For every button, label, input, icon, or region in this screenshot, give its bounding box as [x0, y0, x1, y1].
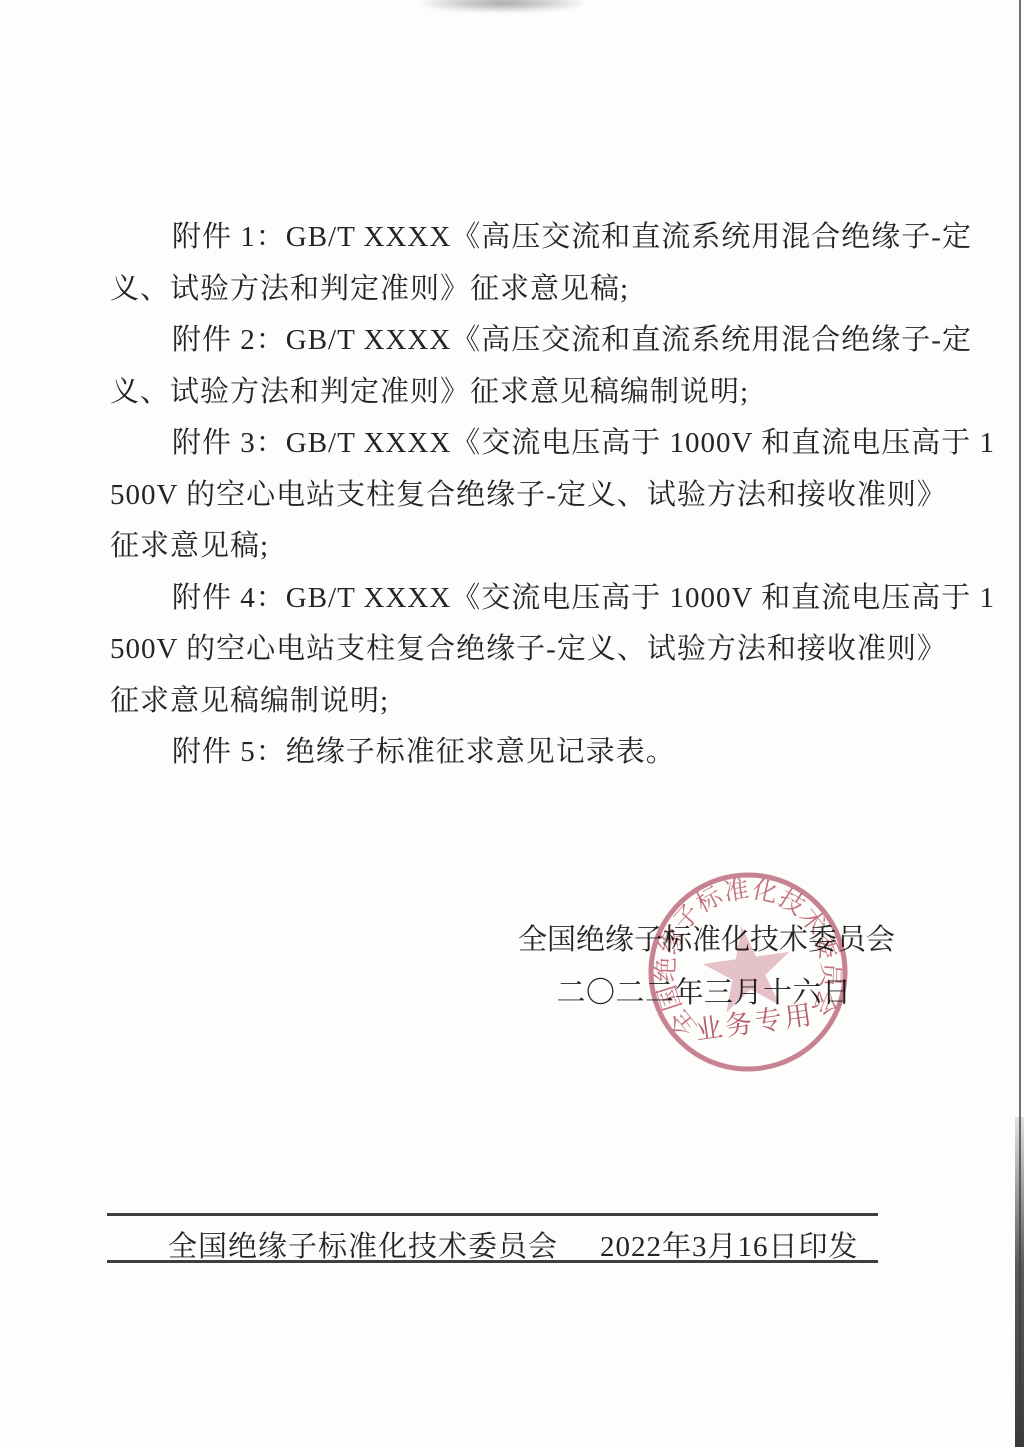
document-line: 附件 2：GB/T XXXX《高压交流和直流系统用混合绝缘子-定 [110, 315, 930, 367]
footer-issue-date: 2022年3月16日印发 [600, 1224, 859, 1265]
scan-smudge-top [420, 0, 585, 12]
stamp-bottom-text: 业务专用 [694, 999, 817, 1045]
document-line: 附件 5：绝缘子标准征求意见记录表。 [110, 727, 930, 779]
document-line: 义、试验方法和判定准则》征求意见稿编制说明; [110, 367, 930, 419]
star-icon [698, 920, 796, 1015]
document-page: 附件 1：GB/T XXXX《高压交流和直流系统用混合绝缘子-定 义、试验方法和… [0, 0, 1024, 1447]
footer-rule-top [107, 1213, 878, 1216]
attachment-list: 附件 1：GB/T XXXX《高压交流和直流系统用混合绝缘子-定 义、试验方法和… [110, 212, 930, 779]
document-line: 附件 3：GB/T XXXX《交流电压高于 1000V 和直流电压高于 1 [110, 418, 930, 470]
document-line: 附件 1：GB/T XXXX《高压交流和直流系统用混合绝缘子-定 [110, 212, 930, 264]
footer: 全国绝缘子标准化技术委员会 2022年3月16日印发 [168, 1224, 859, 1265]
document-line: 500V 的空心电站支柱复合绝缘子-定义、试验方法和接收准则》 [110, 624, 930, 676]
document-line: 义、试验方法和判定准则》征求意见稿; [110, 264, 930, 316]
footer-org: 全国绝缘子标准化技术委员会 [168, 1224, 558, 1265]
document-line: 征求意见稿; [110, 521, 930, 573]
document-line: 附件 4：GB/T XXXX《交流电压高于 1000V 和直流电压高于 1 [110, 573, 930, 625]
scan-edge-corner [1015, 1117, 1024, 1447]
footer-rule-bottom [107, 1260, 878, 1263]
document-line: 500V 的空心电站支柱复合绝缘子-定义、试验方法和接收准则》 [110, 470, 930, 522]
official-seal-stamp: 全国绝缘子标准化技术委员会 业务专用 [642, 866, 854, 1078]
document-line: 征求意见稿编制说明; [110, 676, 930, 728]
